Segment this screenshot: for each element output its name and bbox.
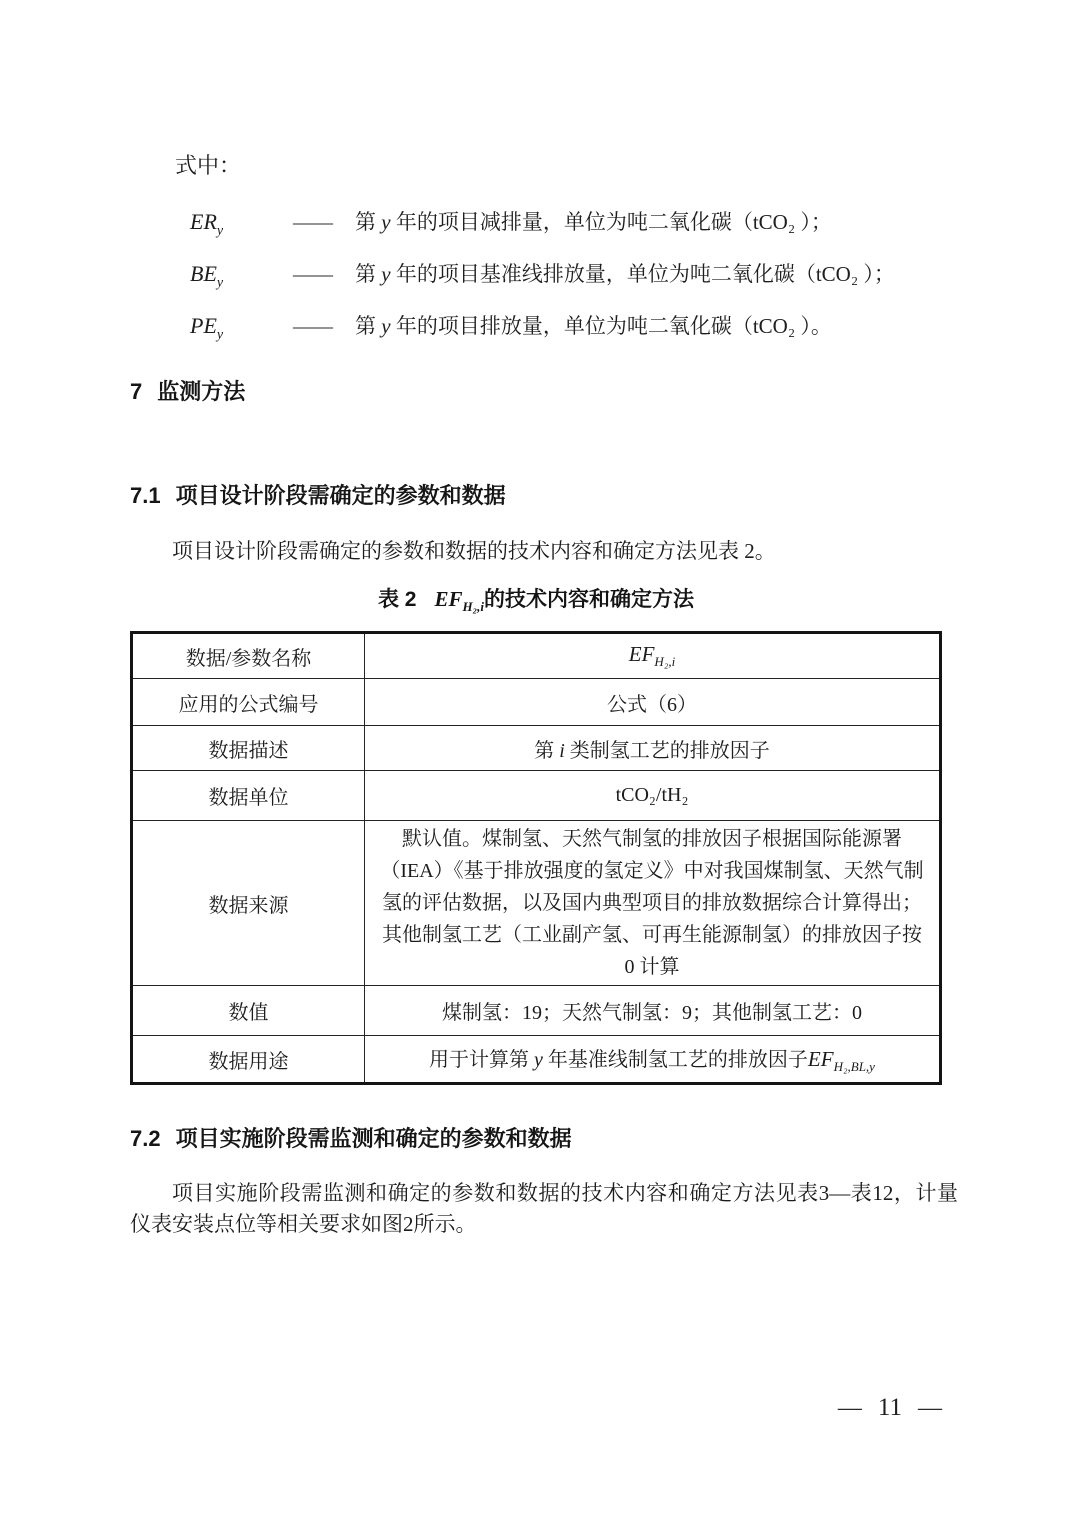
definition-text: 第 y 年的项目减排量，单位为吨二氧化碳（tCO₂ ）； — [355, 206, 955, 236]
table-row-parameter-name: 数据/参数名称 EFH₂,i — [132, 633, 941, 679]
table-2: 数据/参数名称 EFH₂,i 应用的公式编号 公式（6） 数据描述 第 i 类制… — [130, 631, 942, 1085]
table-row-data-source: 数据来源 默认值。煤制氢、天然气制氢的排放因子根据国际能源署（IEA）《基于排放… — [132, 821, 941, 986]
section-7-2-paragraph: 项目实施阶段需监测和确定的参数和数据的技术内容和确定方法见表3—表12，计量仪表… — [130, 1178, 958, 1240]
definition-row-ER: ERy —— 第 y 年的项目减排量，单位为吨二氧化碳（tCO₂ ）； — [190, 206, 955, 234]
definition-text: 第 y 年的项目排放量，单位为吨二氧化碳（tCO₂ ）。 — [355, 310, 955, 340]
table-2-caption-label: 表 2 — [378, 588, 417, 611]
formula-subscript: H₂,BL,y — [834, 1059, 875, 1074]
section-7-title: 监测方法 — [157, 378, 245, 406]
section-7-number: 7 — [130, 378, 142, 406]
table-row-formula-number: 应用的公式编号 公式（6） — [132, 679, 941, 726]
page-number: 11 — [878, 1394, 902, 1422]
value-post: 类制氢工艺的排放因子 — [565, 740, 770, 762]
symbol-PE: PEy — [190, 313, 293, 343]
symbol-base: ER — [190, 209, 217, 234]
symbol-ER: ERy — [190, 209, 293, 239]
row-label: 数值 — [132, 986, 365, 1036]
row-value: 用于计算第 y 年基准线制氢工艺的排放因子EFH₂,BL,y — [365, 1036, 941, 1084]
table-2-caption-formula: EFH₂,i — [434, 587, 484, 611]
variable-y: y — [381, 314, 390, 338]
definition-row-BE: BEy —— 第 y 年的项目基准线排放量，单位为吨二氧化碳（tCO₂ ）； — [190, 258, 955, 286]
row-label: 数据/参数名称 — [132, 633, 365, 679]
formula-EF-H2-BLy: EFH₂,BL,y — [808, 1047, 875, 1071]
section-7-2-title: 项目实施阶段需监测和确定的参数和数据 — [176, 1125, 572, 1153]
formula-subscript: H₂,i — [654, 654, 675, 669]
table-2-caption: 表 2EFH₂,i的技术内容和确定方法 — [130, 584, 942, 622]
section-7-1-heading: 7.1 项目设计阶段需确定的参数和数据 — [130, 482, 955, 510]
table-row-value: 数值 煤制氢：19；天然气制氢：9；其他制氢工艺：0 — [132, 986, 941, 1036]
formula-base: EF — [808, 1047, 834, 1071]
row-value: 第 i 类制氢工艺的排放因子 — [365, 726, 941, 771]
definition-dash: —— — [293, 314, 355, 339]
definition-text-post: 年的项目减排量，单位为吨二氧化碳（tCO₂ ）； — [391, 210, 832, 234]
variable-y: y — [381, 210, 390, 234]
symbol-BE: BEy — [190, 261, 293, 291]
symbol-base: PE — [190, 313, 217, 338]
section-7-heading: 7 监测方法 — [130, 378, 955, 406]
symbol-subscript: y — [217, 223, 223, 238]
definition-dash: —— — [293, 210, 355, 235]
section-7-1-number: 7.1 — [130, 482, 161, 510]
value-pre: 用于计算第 — [429, 1049, 534, 1071]
row-label: 数据单位 — [132, 771, 365, 821]
formula-subscript: H₂,i — [462, 599, 484, 614]
section-7-1-paragraph: 项目设计阶段需确定的参数和数据的技术内容和确定方法见表 2。 — [130, 536, 955, 566]
definition-text-pre: 第 — [355, 210, 381, 234]
row-value: 公式（6） — [365, 679, 941, 726]
symbol-subscript: y — [217, 327, 223, 342]
definition-text-post: 年的项目基准线排放量，单位为吨二氧化碳（tCO₂ ）； — [391, 262, 895, 286]
row-label: 数据来源 — [132, 821, 365, 986]
formula-base: EF — [629, 642, 655, 666]
value-pre: 第 — [534, 740, 559, 762]
definition-text: 第 y 年的项目基准线排放量，单位为吨二氧化碳（tCO₂ ）； — [355, 258, 955, 288]
row-value: 煤制氢：19；天然气制氢：9；其他制氢工艺：0 — [365, 986, 941, 1036]
table-row-data-unit: 数据单位 tCO₂/tH₂ — [132, 771, 941, 821]
document-page-content: 式中： ERy —— 第 y 年的项目减排量，单位为吨二氧化碳（tCO₂ ）； … — [0, 0, 1080, 1240]
footer-dash-right: — — [918, 1395, 942, 1422]
table-row-data-purpose: 数据用途 用于计算第 y 年基准线制氢工艺的排放因子EFH₂,BL,y — [132, 1036, 941, 1084]
section-7-2-number: 7.2 — [130, 1125, 161, 1153]
table-row-data-description: 数据描述 第 i 类制氢工艺的排放因子 — [132, 726, 941, 771]
row-label: 应用的公式编号 — [132, 679, 365, 726]
row-value: 默认值。煤制氢、天然气制氢的排放因子根据国际能源署（IEA）《基于排放强度的氢定… — [365, 821, 941, 986]
definition-row-PE: PEy —— 第 y 年的项目排放量，单位为吨二氧化碳（tCO₂ ）。 — [190, 310, 955, 338]
definition-text-post: 年的项目排放量，单位为吨二氧化碳（tCO₂ ）。 — [391, 314, 832, 338]
row-label: 数据用途 — [132, 1036, 365, 1084]
row-label: 数据描述 — [132, 726, 365, 771]
footer-dash-left: — — [838, 1395, 862, 1422]
table-2-caption-suffix: 的技术内容和确定方法 — [484, 588, 694, 611]
value-mid: 年基准线制氢工艺的排放因子 — [543, 1049, 808, 1071]
definition-text-pre: 第 — [355, 262, 381, 286]
formula-base: EF — [434, 587, 462, 611]
formula-EF-H2i: EFH₂,i — [629, 642, 675, 666]
section-7-2-heading: 7.2 项目实施阶段需监测和确定的参数和数据 — [130, 1125, 955, 1153]
row-value: EFH₂,i — [365, 633, 941, 679]
section-7-1-title: 项目设计阶段需确定的参数和数据 — [176, 482, 506, 510]
variable-y: y — [534, 1049, 543, 1071]
symbol-base: BE — [190, 261, 217, 286]
definition-text-pre: 第 — [355, 314, 381, 338]
symbol-definition-list: ERy —— 第 y 年的项目减排量，单位为吨二氧化碳（tCO₂ ）； BEy … — [130, 206, 955, 338]
formula-intro-label: 式中： — [175, 152, 955, 180]
definition-dash: —— — [293, 262, 355, 287]
page-footer: — 11 — — [838, 1394, 942, 1422]
symbol-subscript: y — [217, 275, 223, 290]
variable-y: y — [381, 262, 390, 286]
row-value: tCO₂/tH₂ — [365, 771, 941, 821]
